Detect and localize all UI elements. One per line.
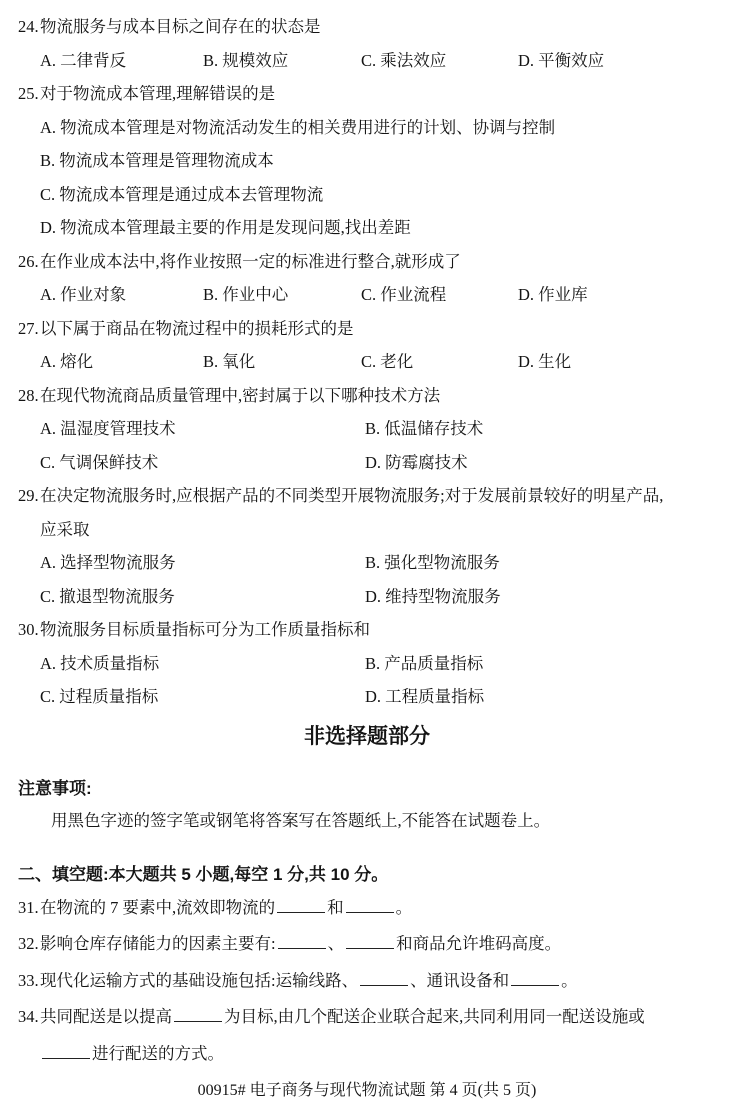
question-26-options: A. 作业对象 B. 作业中心 C. 作业流程 D. 作业库 [18, 278, 716, 312]
blank-line [346, 934, 394, 949]
blank-line [277, 898, 325, 913]
option-29-c: C. 撤退型物流服务 [40, 580, 365, 614]
question-26-number: 26. [18, 245, 40, 279]
option-27-c: C. 老化 [361, 345, 518, 379]
question-33-text-1: 现代化运输方式的基础设施包括:运输线路、 [40, 971, 358, 990]
option-24-c: C. 乘法效应 [361, 44, 518, 78]
option-30-d: D. 工程质量指标 [365, 680, 716, 714]
question-33: 33.现代化运输方式的基础设施包括:运输线路、、通讯设备和。 [18, 963, 716, 1000]
question-28-options-row2: C. 气调保鲜技术 D. 防霉腐技术 [18, 446, 716, 480]
option-25-a: A. 物流成本管理是对物流活动发生的相关费用进行的计划、协调与控制 [18, 111, 716, 145]
question-30-number: 30. [18, 613, 40, 647]
question-32-text-3: 和商品允许堆码高度。 [396, 934, 561, 953]
question-26: 26.在作业成本法中,将作业按照一定的标准进行整合,就形成了 [18, 245, 716, 279]
blank-line [278, 934, 326, 949]
question-29: 29.在决定物流服务时,应根据产品的不同类型开展物流服务;对于发展前景较好的明星… [18, 479, 716, 513]
option-30-a: A. 技术质量指标 [40, 647, 365, 681]
question-25-number: 25. [18, 77, 40, 111]
option-24-b: B. 规模效应 [203, 44, 361, 78]
option-28-c: C. 气调保鲜技术 [40, 446, 365, 480]
question-33-text-3: 。 [561, 971, 578, 990]
question-29-stem: 在决定物流服务时,应根据产品的不同类型开展物流服务;对于发展前景较好的明星产品, [40, 486, 663, 505]
question-27: 27.以下属于商品在物流过程中的损耗形式的是 [18, 312, 716, 346]
question-30-options-row1: A. 技术质量指标 B. 产品质量指标 [18, 647, 716, 681]
question-29-number: 29. [18, 479, 40, 513]
fill-section-header: 二、填空题:本大题共 5 小题,每空 1 分,共 10 分。 [18, 862, 716, 888]
option-29-a: A. 选择型物流服务 [40, 546, 365, 580]
page-footer: 00915# 电子商务与现代物流试题 第 4 页(共 5 页) [18, 1076, 716, 1105]
question-31-number: 31. [18, 890, 40, 927]
question-32-number: 32. [18, 926, 40, 963]
blank-line [174, 1007, 222, 1022]
notice-text: 用黑色字迹的签字笔或钢笔将答案写在答题纸上,不能答在试题卷上。 [18, 806, 716, 836]
question-24: 24.物流服务与成本目标之间存在的状态是 [18, 10, 716, 44]
question-29-options-row2: C. 撤退型物流服务 D. 维持型物流服务 [18, 580, 716, 614]
question-28-options-row1: A. 温湿度管理技术 B. 低温储存技术 [18, 412, 716, 446]
question-27-options: A. 熔化 B. 氧化 C. 老化 D. 生化 [18, 345, 716, 379]
question-27-number: 27. [18, 312, 40, 346]
question-28: 28.在现代物流商品质量管理中,密封属于以下哪种技术方法 [18, 379, 716, 413]
option-24-d: D. 平衡效应 [518, 44, 716, 78]
question-29-stem-line2: 应采取 [18, 513, 716, 547]
fill-questions: 31.在物流的 7 要素中,流效即物流的和。 32.影响仓库存储能力的因素主要有… [18, 890, 716, 1073]
option-27-b: B. 氧化 [203, 345, 361, 379]
option-24-a: A. 二律背反 [40, 44, 203, 78]
question-33-number: 33. [18, 963, 40, 1000]
blank-line [360, 971, 408, 986]
question-31-text-3: 。 [396, 898, 413, 917]
blank-line [42, 1044, 90, 1059]
option-29-b: B. 强化型物流服务 [365, 546, 716, 580]
question-34-line2: 进行配送的方式。 [18, 1036, 716, 1073]
blank-line [511, 971, 559, 986]
question-31-text-1: 在物流的 7 要素中,流效即物流的 [40, 898, 275, 917]
question-30-options-row2: C. 过程质量指标 D. 工程质量指标 [18, 680, 716, 714]
option-25-c: C. 物流成本管理是通过成本去管理物流 [18, 178, 716, 212]
exam-page: 24.物流服务与成本目标之间存在的状态是 A. 二律背反 B. 规模效应 C. … [0, 0, 730, 1105]
question-31-text-2: 和 [327, 898, 344, 917]
question-31: 31.在物流的 7 要素中,流效即物流的和。 [18, 890, 716, 927]
question-34-number: 34. [18, 999, 40, 1036]
option-25-d: D. 物流成本管理最主要的作用是发现问题,找出差距 [18, 211, 716, 245]
question-25-stem: 对于物流成本管理,理解错误的是 [40, 84, 275, 103]
question-29-options-row1: A. 选择型物流服务 B. 强化型物流服务 [18, 546, 716, 580]
option-28-d: D. 防霉腐技术 [365, 446, 716, 480]
option-27-d: D. 生化 [518, 345, 716, 379]
option-26-c: C. 作业流程 [361, 278, 518, 312]
option-26-d: D. 作业库 [518, 278, 716, 312]
question-27-stem: 以下属于商品在物流过程中的损耗形式的是 [40, 319, 354, 338]
option-25-b: B. 物流成本管理是管理物流成本 [18, 144, 716, 178]
option-28-b: B. 低温储存技术 [365, 412, 716, 446]
question-26-stem: 在作业成本法中,将作业按照一定的标准进行整合,就形成了 [40, 252, 461, 271]
option-26-a: A. 作业对象 [40, 278, 203, 312]
question-34-text-3: 进行配送的方式。 [92, 1044, 224, 1063]
question-24-number: 24. [18, 10, 40, 44]
question-28-stem: 在现代物流商品质量管理中,密封属于以下哪种技术方法 [40, 386, 440, 405]
question-32: 32.影响仓库存储能力的因素主要有:、和商品允许堆码高度。 [18, 926, 716, 963]
section-title: 非选择题部分 [18, 722, 716, 752]
question-25: 25.对于物流成本管理,理解错误的是 [18, 77, 716, 111]
question-30: 30.物流服务目标质量指标可分为工作质量指标和 [18, 613, 716, 647]
question-32-text-2: 、 [328, 934, 345, 953]
question-24-stem: 物流服务与成本目标之间存在的状态是 [40, 17, 321, 36]
question-34: 34.共同配送是以提高为目标,由几个配送企业联合起来,共同利用同一配送设施或 [18, 999, 716, 1036]
question-24-options: A. 二律背反 B. 规模效应 C. 乘法效应 D. 平衡效应 [18, 44, 716, 78]
option-27-a: A. 熔化 [40, 345, 203, 379]
option-30-c: C. 过程质量指标 [40, 680, 365, 714]
blank-line [346, 898, 394, 913]
option-26-b: B. 作业中心 [203, 278, 361, 312]
question-28-number: 28. [18, 379, 40, 413]
question-32-text-1: 影响仓库存储能力的因素主要有: [40, 934, 276, 953]
option-28-a: A. 温湿度管理技术 [40, 412, 365, 446]
question-34-text-1: 共同配送是以提高 [40, 1007, 172, 1026]
option-30-b: B. 产品质量指标 [365, 647, 716, 681]
option-29-d: D. 维持型物流服务 [365, 580, 716, 614]
question-33-text-2: 、通讯设备和 [410, 971, 509, 990]
question-30-stem: 物流服务目标质量指标可分为工作质量指标和 [40, 620, 370, 639]
question-34-text-2: 为目标,由几个配送企业联合起来,共同利用同一配送设施或 [224, 1007, 645, 1026]
notice-label: 注意事项: [18, 776, 716, 802]
